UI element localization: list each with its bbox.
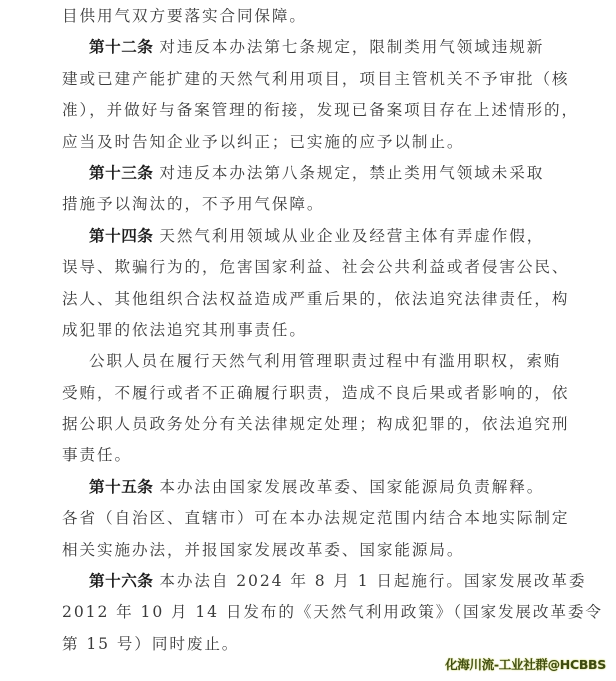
- article-heading: 第十六条: [89, 572, 153, 590]
- line-text: 误导、欺骗行为的，危害国家利益、社会公共利益或者侵害公民、: [62, 258, 569, 276]
- text-line: 应当及时告知企业予以纠正；已实施的应予以制止。: [62, 127, 556, 158]
- article-12-line: 第十二条对违反本办法第七条规定，限制类用气领域违规新: [62, 32, 556, 63]
- line-text: 法人、其他组织合法权益造成严重后果的，依法追究法律责任，构: [62, 290, 569, 308]
- line-text: 本办法由国家发展改革委、国家能源局负责解释。: [159, 478, 544, 496]
- line-text: 第 15 号）同时废止。: [62, 635, 239, 653]
- text-line: 相关实施办法，并报国家发展改革委、国家能源局。: [62, 535, 556, 566]
- text-line: 目供用气双方要落实合同保障。: [62, 1, 556, 32]
- line-text: 各省（自治区、直辖市）可在本办法规定范围内结合本地实际制定: [62, 509, 569, 527]
- article-heading: 第十二条: [89, 38, 153, 56]
- text-line: 准），并做好与备案管理的衔接，发现已备案项目存在上述情形的，: [62, 95, 556, 126]
- article-13-line: 第十三条对违反本办法第八条规定，禁止类用气领域未采取: [62, 158, 556, 189]
- line-text: 应当及时告知企业予以纠正；已实施的应予以制止。: [62, 133, 464, 151]
- line-text: 相关实施办法，并报国家发展改革委、国家能源局。: [62, 541, 464, 559]
- line-text: 成犯罪的依法追究其刑事责任。: [62, 321, 307, 339]
- text-line: 误导、欺骗行为的，危害国家利益、社会公共利益或者侵害公民、: [62, 252, 556, 283]
- line-text: 措施予以淘汰的，不予用气保障。: [62, 195, 324, 213]
- line-text: 目供用气双方要落实合同保障。: [62, 7, 307, 25]
- document-body: 目供用气双方要落实合同保障。 第十二条对违反本办法第七条规定，限制类用气领域违规…: [62, 0, 556, 660]
- text-line: 受贿，不履行或者不正确履行职责，造成不良后果或者影响的，依: [62, 378, 556, 409]
- article-heading: 第十四条: [89, 227, 153, 245]
- article-15-line: 第十五条本办法由国家发展改革委、国家能源局负责解释。: [62, 472, 556, 503]
- paragraph-start-line: 公职人员在履行天然气利用管理职责过程中有滥用职权，索贿: [62, 346, 556, 377]
- line-text: 对违反本办法第七条规定，限制类用气领域违规新: [159, 38, 544, 56]
- line-text: 对违反本办法第八条规定，禁止类用气领域未采取: [159, 164, 544, 182]
- watermark: 化海川流-工业社群@HCBBS: [445, 655, 606, 673]
- text-line: 事责任。: [62, 440, 556, 471]
- article-16-line: 第十六条本办法自 2024 年 8 月 1 日起施行。国家发展改革委: [62, 566, 556, 597]
- line-text: 据公职人员政务处分有关法律规定处理；构成犯罪的，依法追究刑: [62, 415, 569, 433]
- text-line: 成犯罪的依法追究其刑事责任。: [62, 315, 556, 346]
- text-line: 据公职人员政务处分有关法律规定处理；构成犯罪的，依法追究刑: [62, 409, 556, 440]
- article-heading: 第十五条: [89, 478, 153, 496]
- text-line: 2012 年 10 月 14 日发布的《天然气利用政策》（国家发展改革委令: [62, 597, 556, 628]
- text-line: 建或已建产能扩建的天然气利用项目，项目主管机关不予审批（核: [62, 64, 556, 95]
- article-heading: 第十三条: [89, 164, 153, 182]
- text-line: 法人、其他组织合法权益造成严重后果的，依法追究法律责任，构: [62, 284, 556, 315]
- line-text: 准），并做好与备案管理的衔接，发现已备案项目存在上述情形的，: [62, 101, 579, 119]
- text-line: 各省（自治区、直辖市）可在本办法规定范围内结合本地实际制定: [62, 503, 556, 534]
- line-text: 天然气利用领域从业企业及经营主体有弄虚作假，: [159, 227, 544, 245]
- line-text: 建或已建产能扩建的天然气利用项目，项目主管机关不予审批（核: [62, 70, 569, 88]
- article-14-line: 第十四条天然气利用领域从业企业及经营主体有弄虚作假，: [62, 221, 556, 252]
- text-line: 措施予以淘汰的，不予用气保障。: [62, 189, 556, 220]
- line-text: 受贿，不履行或者不正确履行职责，造成不良后果或者影响的，依: [62, 384, 569, 402]
- line-text: 公职人员在履行天然气利用管理职责过程中有滥用职权，索贿: [89, 352, 561, 370]
- line-text: 本办法自 2024 年 8 月 1 日起施行。国家发展改革委: [159, 572, 586, 590]
- line-text: 2012 年 10 月 14 日发布的《天然气利用政策》（国家发展改革委令: [62, 603, 603, 621]
- line-text: 事责任。: [62, 446, 132, 464]
